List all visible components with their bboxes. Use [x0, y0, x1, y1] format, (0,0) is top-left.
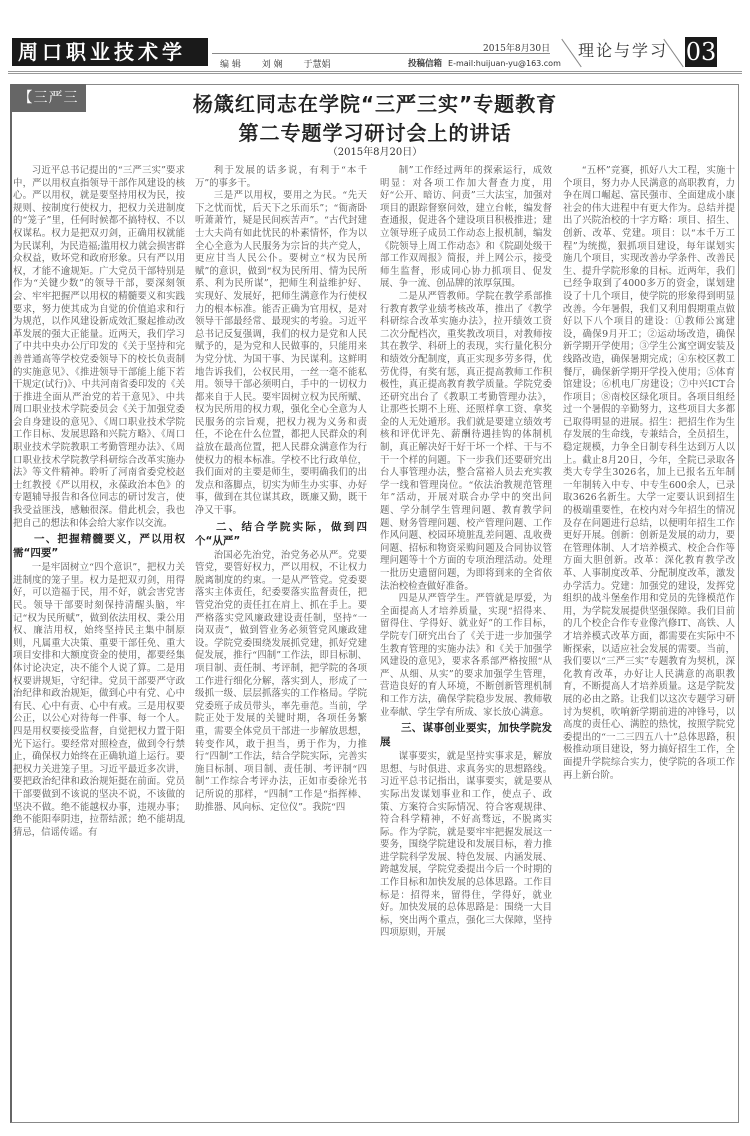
newspaper-brand: 周口职业技术学院 — [12, 38, 208, 66]
paragraph: 制”工作经过两年的探索运行，成效明显：对各项工作加大督查力度，用好“公开、暗访、… — [380, 165, 552, 291]
paragraph: 二是从严管教师。学院在教学系部推行教育教学业绩考核改革，推出了《教学科研综合改革… — [380, 291, 552, 593]
page-number: 03 — [685, 37, 717, 67]
article-column-3: 制”工作经过两年的探索运行，成效明显：对各项工作加大督查力度，用好“公开、暗访、… — [380, 165, 552, 1117]
email-label: 投稿信箱 — [408, 59, 442, 69]
editor-label: 编 辑 — [220, 60, 241, 70]
article-subtitle: 第二专题学习研讨会上的讲话 — [0, 117, 750, 146]
article-column-2: 利于发展的话多说，有利于“本千万”的事多干。 三是严以用权，要用之为民。“先天下… — [195, 165, 367, 1117]
email-address[interactable]: E-mail:huijuan-yu@163.com — [448, 59, 561, 68]
section-heading: 二、结合学院实际，做到四个“从严” — [195, 520, 367, 548]
paragraph: 习近平总书记提出的“三严三实”要求中，严以用权直指领导干部作风建设的核心。严以用… — [13, 165, 185, 530]
header-double-rule — [8, 71, 742, 74]
paragraph: 谋事要实，就是坚持实事求是，解放思想、与时俱进、求真务实的思想路线。习近平总书记… — [380, 751, 552, 940]
editor-name: 刘 娴 — [262, 60, 283, 70]
section-title: 理论与学习 — [578, 38, 668, 61]
masthead: 周口职业技术学院 编 辑 刘 娴 于慧娟 投稿信箱E-mail:huijuan-… — [8, 38, 750, 86]
submission-email: 投稿信箱E-mail:huijuan-yu@163.com — [408, 57, 561, 69]
article-dateline: （2015年8月20日） — [0, 143, 750, 158]
section-heading: 一、把握精髓要义，严以用权需“四要” — [13, 532, 185, 560]
paragraph: 治国必先治党，治党务必从严。党要管党，要管好权力，严以用权，不让权力脱离制度的约… — [195, 550, 367, 814]
paragraph: 四是从严管学生。严管就是厚爱，为全面提高人才培养质量，实现“招得来、留得住、学得… — [380, 593, 552, 719]
article-column-1: 习近平总书记提出的“三严三实”要求中，严以用权直指领导干部作风建设的核心。严以用… — [13, 165, 185, 1117]
article-column-4: “五杯”竞赛，抓好八大工程，实施十个项目，努力办人民满意的高职教育，力争在周口崛… — [563, 165, 735, 1117]
paragraph: “五杯”竞赛，抓好八大工程，实施十个项目，努力办人民满意的高职教育，力争在周口崛… — [563, 165, 735, 782]
paragraph: 利于发展的话多说，有利于“本千万”的事多干。 — [195, 165, 367, 190]
editors-line: 编 辑 刘 娴 于慧娟 — [220, 57, 349, 70]
paragraph: 三是严以用权，要用之为民。“先天下之忧而忧，后天下之乐而乐”；“衙斋卧听萧萧竹，… — [195, 190, 367, 517]
paragraph: 一是牢固树立“四个意识”，把权力关进制度的笼子里。权力是把双刃剑，用得好，可以造… — [13, 562, 185, 839]
article-title: 杨箴红同志在学院“三严三实”专题教育 — [0, 88, 750, 117]
section-heading: 三、谋事创业要实，加快学院发展 — [380, 721, 552, 749]
issue-date: 2015年8月30日 — [483, 41, 550, 54]
editor-name: 于慧娟 — [304, 60, 331, 70]
